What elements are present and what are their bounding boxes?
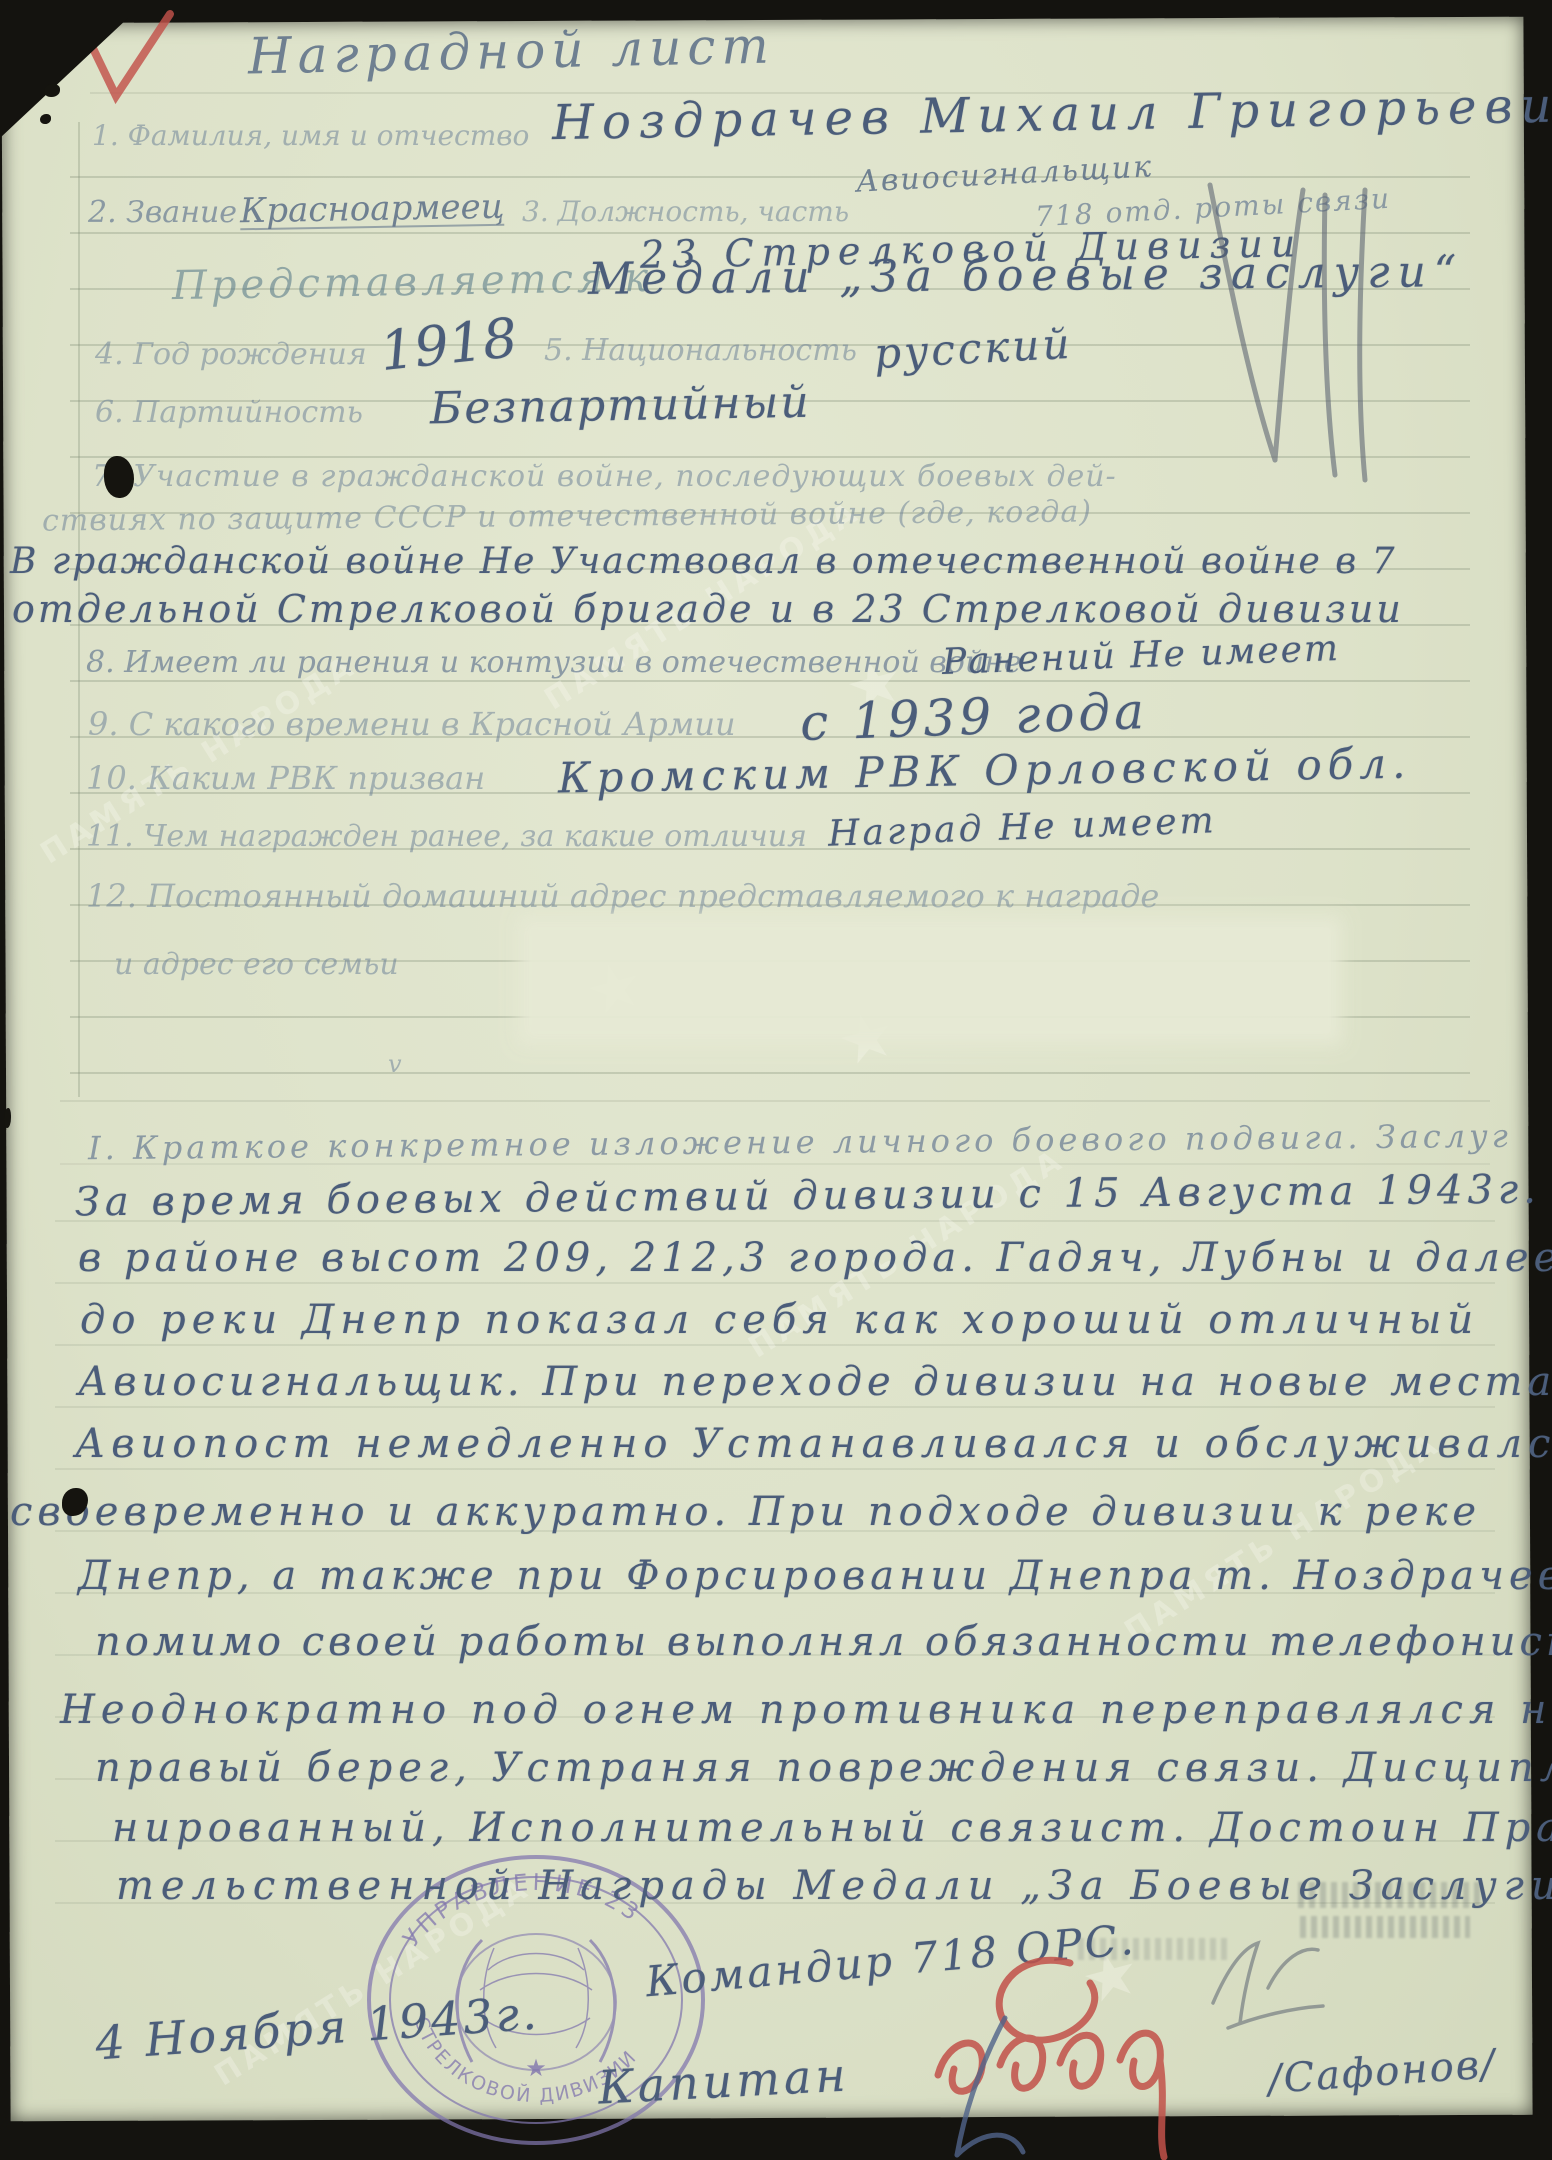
- citation-line: правый берег, Устраняя повреждения связи…: [95, 1748, 1552, 1788]
- field-7-label-line2: ствиях по защите СССР и отечественной во…: [42, 497, 1092, 536]
- field-7-label-line1: 7. Участие в гражданской войне, последую…: [92, 462, 1117, 492]
- document-title: Наградной лист: [248, 20, 776, 81]
- field-2-label: 2. Звание: [88, 198, 237, 228]
- field-10-label: 10. Каким РВК призван: [86, 762, 485, 794]
- field-1-label: 1. Фамилия, имя и отчество: [92, 122, 529, 150]
- field-7-value-line1: В гражданской войне Не Участвовал в отеч…: [10, 544, 1397, 580]
- field-7-value-line2: отдельной Стрелковой бригаде и в 23 Стре…: [12, 590, 1404, 628]
- field-5-label: 5. Национальность: [544, 336, 857, 366]
- field-9-label: 9. С какого времени в Красной Армии: [88, 708, 736, 740]
- field-5-value-nationality: русский: [873, 323, 1073, 375]
- citation-line: в районе высот 209, 212,3 города. Гадяч,…: [78, 1238, 1552, 1278]
- pencil-note-scribble: [1198, 1928, 1338, 2048]
- scanned-award-document: { "colors": { "paper": "#dde2c9", "ink":…: [0, 0, 1552, 2160]
- field-4-value-birthyear: 1918: [378, 311, 520, 379]
- citation-line: За время боевых действий дивизии с 15 Ав…: [75, 1170, 1541, 1223]
- citation-line: помимо своей работы выполнял обязанности…: [95, 1622, 1552, 1662]
- stray-pen-mark: v: [388, 1052, 402, 1076]
- field-4-label: 4. Год рождения: [95, 340, 367, 370]
- field-9-value-service-since: с 1939 года: [799, 686, 1148, 748]
- field-2-value-rank: Красноармеец: [240, 190, 505, 231]
- citation-line: Днепр, а также при Форсировании Днепра т…: [78, 1556, 1552, 1596]
- presented-for-label: Представляется к: [172, 258, 653, 306]
- citation-line: нированный, Исполнительный связист. Дост…: [112, 1808, 1552, 1848]
- field-12-label-line2: и адрес его семьи: [114, 950, 399, 980]
- signature-flourish: [935, 2010, 1035, 2160]
- field-3-label: 3. Должность, часть: [522, 198, 849, 226]
- paper-hole: [104, 456, 134, 498]
- field-6-label: 6. Партийность: [95, 398, 363, 428]
- citation-line: Неоднократно под огнем противника перепр…: [60, 1690, 1552, 1730]
- field-6-value-party: Безпартийный: [430, 381, 811, 432]
- field-11-label: 11. Чем награжден ранее, за какие отличи…: [86, 822, 807, 852]
- stamp-star-icon: ★: [525, 2054, 547, 2082]
- citation-line: до реки Днепр показал себя как хороший о…: [80, 1300, 1479, 1340]
- redacted-address-region: [530, 928, 1330, 1033]
- citation-line: Авиосигнальщик. При переходе дивизии на …: [78, 1362, 1552, 1402]
- field-8-label: 8. Имеет ли ранения и контузии в отечест…: [86, 648, 1022, 678]
- citation-line: тельственной Награды Медали „За Боевые З…: [116, 1866, 1552, 1906]
- citation-line: своевременно и аккуратно. При подходе ди…: [10, 1492, 1481, 1532]
- rank-line: Капитан: [597, 2051, 851, 2110]
- pencil-grade-mark: VII: [1175, 145, 1475, 495]
- citation-line: Авиопост немедленно Устанавливался и обс…: [75, 1424, 1552, 1464]
- field-12-label-line1: 12. Постоянный домашний адрес представля…: [86, 880, 1159, 912]
